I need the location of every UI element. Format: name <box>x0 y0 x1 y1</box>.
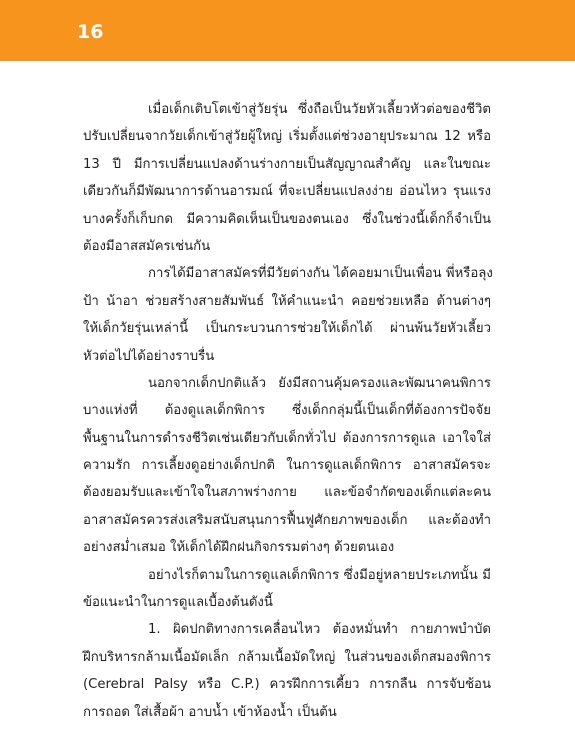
text-line: ฝึกบริหารกล้ามเนื้อมัดเล็ก กล้ามเนื้อมัด… <box>83 644 491 671</box>
page-body: เมื่อเด็กเติบโตเข้าสู่วัยรุ่น ซึ่งถือเป็… <box>83 96 491 726</box>
text-line: ต้องมีอาสสมัครเช่นกัน <box>83 233 491 260</box>
text-line: อย่างสม่ำเสมอ ให้เด็กได้ฝึกฝนกิจกรรมต่าง… <box>83 534 491 561</box>
text-line: ป้า น้าอา ช่วยสร้างสายสัมพันธ์ ให้คำแนะน… <box>83 288 491 315</box>
text-line: หัวต่อไปได้อย่างราบรื่น <box>83 343 491 370</box>
text-line: (Cerebral Palsy หรือ C.P.) ควรฝึกการเคี้… <box>83 671 491 698</box>
text-line: ข้อแนะนำในการดูแลเบื้องต้นดังนี้ <box>83 589 491 616</box>
text-line: 13 ปี มีการเปลี่ยนแปลงด้านร่างกายเป็นสัญ… <box>83 151 491 178</box>
list-item-movement-disorder: 1. ผิดปกติทางการเคลื่อนไหว ต้องหมั่นทำ ก… <box>83 616 491 726</box>
text-line: การได้มีอาสาสมัครที่มีวัยต่างกัน ได้คอยม… <box>83 260 491 287</box>
text-line: บางครั้งก็เก็บกด มีความคิดเห็นเป็นของตนเ… <box>83 206 491 233</box>
text-line: ให้เด็กวัยรุ่นเหล่านี้ เป็นกระบวนการช่วย… <box>83 315 491 342</box>
text-line: 1. ผิดปกติทางการเคลื่อนไหว ต้องหมั่นทำ ก… <box>83 616 491 643</box>
text-line: อย่างไรก็ตามในการดูแลเด็กพิการ ซึ่งมีอยู… <box>83 562 491 589</box>
text-line: นอกจากเด็กปกติแล้ว ยังมีสถานคุ้มครองและพ… <box>83 370 491 397</box>
text-line: อาสาสมัครควรส่งเสริมสนับสนุนการฟื้นฟูศัก… <box>83 507 491 534</box>
page-header-band: 16 <box>0 0 575 61</box>
paragraph-disabled-children: นอกจากเด็กปกติแล้ว ยังมีสถานคุ้มครองและพ… <box>83 370 491 562</box>
text-line: ต้องยอมรับและเข้าใจในสภาพร่างกาย และข้อจ… <box>83 479 491 506</box>
text-line: ความรัก การเลี้ยงดูอย่างเด็กปกติ ในการดู… <box>83 452 491 479</box>
text-line: พื้นฐานในการดำรงชีวิตเช่นเดียวกับเด็กทั่… <box>83 425 491 452</box>
text-line: เมื่อเด็กเติบโตเข้าสู่วัยรุ่น ซึ่งถือเป็… <box>83 96 491 123</box>
text-line: บางแห่งที่ ต้องดูแลเด็กพิการ ซึ่งเด็กกลุ… <box>83 397 491 424</box>
page-number: 16 <box>77 20 103 44</box>
text-line: เดียวกันก็มีพัฒนาการด้านอารมณ์ ที่จะเปลี… <box>83 178 491 205</box>
paragraph-adolescence: เมื่อเด็กเติบโตเข้าสู่วัยรุ่น ซึ่งถือเป็… <box>83 96 491 260</box>
paragraph-volunteers: การได้มีอาสาสมัครที่มีวัยต่างกัน ได้คอยม… <box>83 260 491 370</box>
text-line: ปรับเปลี่ยนจากวัยเด็กเข้าสู่วัยผู้ใหญ่ เ… <box>83 123 491 150</box>
text-line: การถอด ใส่เสื้อผ้า อาบน้ำ เข้าห้องน้ำ เป… <box>83 699 491 726</box>
paragraph-guidelines-intro: อย่างไรก็ตามในการดูแลเด็กพิการ ซึ่งมีอยู… <box>83 562 491 617</box>
